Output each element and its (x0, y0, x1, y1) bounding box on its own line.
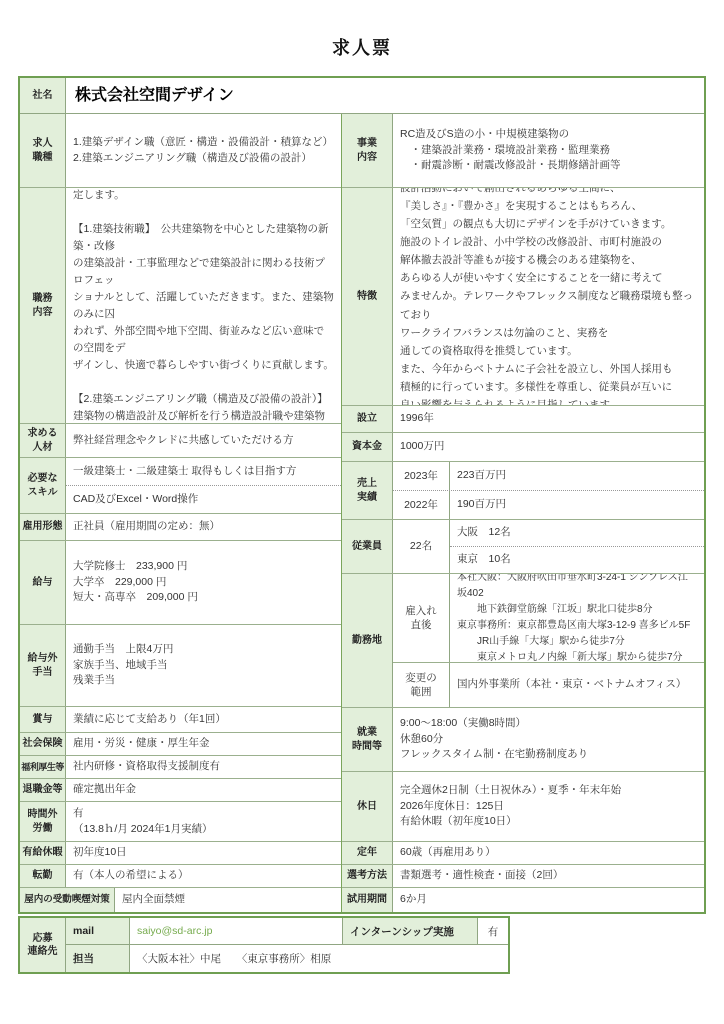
row-retirement-age: 定年 60歳（再雇用あり） (342, 842, 704, 865)
row-working-hours: 就業 時間等 9:00～18:00（実働8時間） 休憩60分 フレックスタイム制… (342, 708, 704, 772)
work-location-initial-label: 雇入れ 直後 (393, 574, 450, 662)
row-social-insurance: 社会保険 雇用・労災・健康・厚生年金 (20, 733, 341, 756)
contact-person-row: 担当 〈大阪本社〉中尾 〈東京事務所〉相原 (66, 945, 508, 972)
contact-label: 応募 連絡先 (20, 918, 66, 972)
row-business: 事業 内容 RC造及びS造の小・中規模建築物の ・建築設計業務・環境設計業務・監… (342, 114, 704, 188)
internship-label: インターンシップ実施 (343, 918, 478, 944)
paid-leave-label: 有給休暇 (20, 842, 66, 864)
main-table: 社名 株式会社空間デザイン 求人 職種 1.建築デザイン職（意匠・構造・設備設計… (18, 76, 706, 914)
retirement-age-value: 60歳（再雇用あり） (393, 842, 704, 864)
row-salary: 給与 大学院修士 233,900 円 大学卒 229,000 円 短大・高専卒 … (20, 541, 341, 625)
row-overtime: 時間外 労働 有 （13.8ｈ/月 2024年1月実績） (20, 802, 341, 842)
features-value: 設計活動において創出されるあらゆる空間に、 『美しさ』・『豊かさ』を実現すること… (393, 188, 704, 405)
internship-value: 有 (478, 918, 508, 944)
row-retirement: 退職金等 確定拠出年金 (20, 779, 341, 802)
smoking-policy-value: 屋内全面禁煙 (115, 888, 341, 912)
row-work-location: 勤務地 雇入れ 直後 本社大阪：大阪府吹田市垂水町3-24-1 シンプレス江坂4… (342, 574, 704, 708)
paid-leave-value: 初年度10日 (66, 842, 341, 864)
job-type-label: 求人 職種 (20, 114, 66, 187)
work-location-initial-value: 本社大阪：大阪府吹田市垂水町3-24-1 シンプレス江坂402 地下鉄御堂筋線「… (450, 574, 704, 662)
relocation-label: 転勤 (20, 865, 66, 887)
selection-process-value: 書類選考・適性検査・面接（2回） (393, 865, 704, 887)
company-name: 株式会社空間デザイン (66, 78, 704, 113)
doc-title: 求人票 (0, 34, 724, 60)
sales-value-2023: 223百万円 (450, 462, 704, 490)
job-description-label: 職務 内容 (20, 188, 66, 423)
allowances-value: 通勤手当 上限4万円 家族手当、地域手当 残業手当 (66, 625, 341, 706)
employees-total: 22名 (393, 520, 450, 573)
bonus-label: 賞与 (20, 707, 66, 732)
row-features: 特徴 設計活動において創出されるあらゆる空間に、 『美しさ』・『豊かさ』を実現す… (342, 188, 704, 406)
capital-label: 資本金 (342, 433, 393, 461)
retirement-label: 退職金等 (20, 779, 66, 801)
row-probation: 試用期間 6か月 (342, 888, 704, 912)
skill-row-2: CAD及びExcel・Word操作 (66, 486, 341, 513)
sales-value-2022: 190百万円 (450, 491, 704, 519)
selection-process-label: 選考方法 (342, 865, 393, 887)
sales-year-2022: 2022年 (393, 491, 450, 519)
smoking-policy-label: 屋内の受動喫煙対策 (20, 888, 115, 912)
row-job-description: 職務 内容 入社1.2.3年目は、各プロジェクト等を経験をしていただき、 その後… (20, 188, 341, 424)
allowances-label: 給与外 手当 (20, 625, 66, 706)
row-bonus: 賞与 業績に応じて支給あり（年1回） (20, 707, 341, 733)
retirement-value: 確定拠出年金 (66, 779, 341, 801)
social-insurance-label: 社会保険 (20, 733, 66, 755)
company-label: 社名 (20, 78, 66, 113)
contact-body: mail saiyo@sd-arc.jp インターンシップ実施 有 担当 〈大阪… (66, 918, 508, 972)
capital-value: 1000万円 (393, 433, 704, 461)
job-description-value: 入社1.2.3年目は、各プロジェクト等を経験をしていただき、 その後やる気やチー… (66, 188, 341, 423)
founded-value: 1996年 (393, 406, 704, 432)
row-holidays: 休日 完全週休2日制（土日祝休み）・夏季・年末年始 2026年度休日：125日 … (342, 772, 704, 842)
work-location-label: 勤務地 (342, 574, 393, 707)
founded-label: 設立 (342, 406, 393, 432)
contact-person-label: 担当 (66, 945, 130, 972)
working-hours-label: 就業 時間等 (342, 708, 393, 771)
sales-label: 売上 実績 (342, 462, 393, 519)
salary-label: 給与 (20, 541, 66, 624)
row-founded: 設立 1996年 (342, 406, 704, 433)
row-employment-type: 雇用形態 正社員（雇用期間の定め：無） (20, 514, 341, 541)
business-label: 事業 内容 (342, 114, 393, 187)
row-selection-process: 選考方法 書類選考・適性検査・面接（2回） (342, 865, 704, 888)
table-columns: 求人 職種 1.建築デザイン職（意匠・構造・設備設計・積算など） 2.建築エンジ… (20, 114, 704, 912)
mail-link[interactable]: saiyo@sd-arc.jp (130, 918, 343, 944)
work-location-change-row: 変更の 範囲 国内外事業所（本社・東京・ベトナムオフィス） (393, 663, 704, 707)
row-benefits: 福利厚生等 社内研修・資格取得支援制度有 (20, 756, 341, 779)
skill-value-1: 一級建築士・二級建築士 取得もしくは目指す方 (66, 458, 341, 485)
business-value: RC造及びS造の小・中規模建築物の ・建築設計業務・環境設計業務・監理業務 ・耐… (393, 114, 704, 187)
skill-value-2: CAD及びExcel・Word操作 (66, 486, 341, 513)
holidays-value: 完全週休2日制（土日祝休み）・夏季・年末年始 2026年度休日：125日 有給休… (393, 772, 704, 841)
row-paid-leave: 有給休暇 初年度10日 (20, 842, 341, 865)
job-type-value: 1.建築デザイン職（意匠・構造・設備設計・積算など） 2.建築エンジニアリング職… (66, 114, 341, 187)
row-employees: 従業員 22名 大阪 12名 東京 10名 (342, 520, 704, 574)
ideal-candidate-label: 求める 人材 (20, 424, 66, 457)
row-allowances: 給与外 手当 通勤手当 上限4万円 家族手当、地域手当 残業手当 (20, 625, 341, 707)
skill-row-1: 一級建築士・二級建築士 取得もしくは目指す方 (66, 458, 341, 486)
sales-row-2022: 2022年 190百万円 (393, 491, 704, 519)
row-capital: 資本金 1000万円 (342, 433, 704, 462)
working-hours-value: 9:00～18:00（実働8時間） 休憩60分 フレックスタイム制・在宅勤務制度… (393, 708, 704, 771)
benefits-label: 福利厚生等 (20, 756, 66, 778)
job-posting-sheet: 求人票 社名 株式会社空間デザイン 求人 職種 1.建築デザイン職（意匠・構造・… (0, 0, 724, 1024)
work-location-initial-row: 雇入れ 直後 本社大阪：大阪府吹田市垂水町3-24-1 シンプレス江坂402 地… (393, 574, 704, 663)
contact-mail-row: mail saiyo@sd-arc.jp インターンシップ実施 有 (66, 918, 508, 945)
row-smoking-policy: 屋内の受動喫煙対策 屋内全面禁煙 (20, 888, 341, 912)
row-required-skills: 必要な スキル 一級建築士・二級建築士 取得もしくは目指す方 CAD及びExce… (20, 458, 341, 514)
overtime-value: 有 （13.8ｈ/月 2024年1月実績） (66, 802, 341, 841)
work-location-change-value: 国内外事業所（本社・東京・ベトナムオフィス） (450, 663, 704, 707)
relocation-value: 有（本人の希望による） (66, 865, 341, 887)
sales-stack: 2023年 223百万円 2022年 190百万円 (393, 462, 704, 519)
mail-label: mail (66, 918, 130, 944)
sales-row-2023: 2023年 223百万円 (393, 462, 704, 491)
ideal-candidate-value: 弊社経営理念やクレドに共感していただける方 (66, 424, 341, 457)
employment-type-label: 雇用形態 (20, 514, 66, 540)
row-relocation: 転勤 有（本人の希望による） (20, 865, 341, 888)
employees-label: 従業員 (342, 520, 393, 573)
retirement-age-label: 定年 (342, 842, 393, 864)
required-skills-stack: 一級建築士・二級建築士 取得もしくは目指す方 CAD及びExcel・Word操作 (66, 458, 341, 513)
left-column: 求人 職種 1.建築デザイン職（意匠・構造・設備設計・積算など） 2.建築エンジ… (20, 114, 342, 912)
benefits-value: 社内研修・資格取得支援制度有 (66, 756, 341, 778)
required-skills-label: 必要な スキル (20, 458, 66, 513)
employees-tokyo: 東京 10名 (450, 547, 704, 573)
row-job-type: 求人 職種 1.建築デザイン職（意匠・構造・設備設計・積算など） 2.建築エンジ… (20, 114, 341, 188)
employees-row-osaka: 大阪 12名 (450, 520, 704, 547)
holidays-label: 休日 (342, 772, 393, 841)
probation-label: 試用期間 (342, 888, 393, 912)
contact-person-value: 〈大阪本社〉中尾 〈東京事務所〉相原 (130, 945, 508, 972)
row-sales: 売上 実績 2023年 223百万円 2022年 190百万円 (342, 462, 704, 520)
overtime-label: 時間外 労働 (20, 802, 66, 841)
employment-type-value: 正社員（雇用期間の定め：無） (66, 514, 341, 540)
row-ideal-candidate: 求める 人材 弊社経営理念やクレドに共感していただける方 (20, 424, 341, 458)
employees-osaka: 大阪 12名 (450, 520, 704, 546)
sales-year-2023: 2023年 (393, 462, 450, 490)
probation-value: 6か月 (393, 888, 704, 912)
right-column: 事業 内容 RC造及びS造の小・中規模建築物の ・建築設計業務・環境設計業務・監… (342, 114, 704, 912)
bonus-value: 業績に応じて支給あり（年1回） (66, 707, 341, 732)
salary-value: 大学院修士 233,900 円 大学卒 229,000 円 短大・高専卒 209… (66, 541, 341, 624)
row-company: 社名 株式会社空間デザイン (20, 78, 704, 114)
employees-row-tokyo: 東京 10名 (450, 547, 704, 573)
social-insurance-value: 雇用・労災・健康・厚生年金 (66, 733, 341, 755)
work-location-stack: 雇入れ 直後 本社大阪：大阪府吹田市垂水町3-24-1 シンプレス江坂402 地… (393, 574, 704, 707)
work-location-change-label: 変更の 範囲 (393, 663, 450, 707)
features-label: 特徴 (342, 188, 393, 405)
employees-stack: 大阪 12名 東京 10名 (450, 520, 704, 573)
contact-table: 応募 連絡先 mail saiyo@sd-arc.jp インターンシップ実施 有… (18, 916, 510, 974)
